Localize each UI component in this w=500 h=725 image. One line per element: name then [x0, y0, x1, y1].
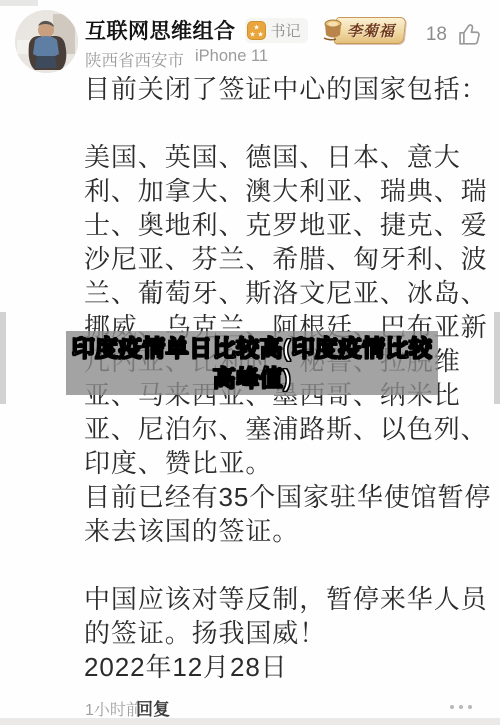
- meta-row: 陕西省西安市 iPhone 11: [85, 47, 268, 71]
- watermark-title: 印度疫情单日比较高(印度疫情比较 高峰值): [66, 333, 438, 393]
- thumbs-up-icon: [456, 21, 483, 48]
- more-options-button[interactable]: [450, 705, 472, 709]
- like-count: 18: [426, 24, 447, 46]
- like-button[interactable]: 18: [426, 21, 483, 48]
- timestamp: 1小时前: [85, 697, 142, 720]
- drum-icon: [322, 18, 344, 42]
- overlay-right-edge-strip: [494, 312, 500, 404]
- watermark-overlay-band: 印度疫情单日比较高(印度疫情比较 高峰值): [66, 331, 438, 395]
- reply-button[interactable]: 回复: [136, 695, 170, 720]
- comment-post: 互联网思维组合 ★ ★ ★ 书记 李菊福 陕西省西安市 iPhone 11: [0, 0, 500, 725]
- svg-text:★: ★: [253, 23, 259, 31]
- three-star-medal-icon: ★ ★ ★: [247, 21, 266, 40]
- rank-badge: ★ ★ ★ 书记: [245, 18, 308, 43]
- overlay-left-edge-strip: [0, 312, 6, 404]
- username[interactable]: 互联网思维组合: [85, 15, 236, 45]
- next-section-edge: [0, 718, 500, 725]
- flair-badge: 李菊福: [322, 17, 405, 44]
- svg-text:★: ★: [257, 30, 263, 38]
- avatar[interactable]: [15, 10, 78, 73]
- dot-icon: [450, 705, 454, 709]
- svg-text:★: ★: [249, 30, 255, 38]
- flair-banner: 李菊福: [333, 17, 406, 44]
- dot-icon: [468, 705, 472, 709]
- name-row: 互联网思维组合 ★ ★ ★ 书记 李菊福: [85, 17, 405, 43]
- dot-icon: [459, 705, 463, 709]
- rank-badge-label: 书记: [271, 20, 301, 41]
- flair-badge-label: 李菊福: [347, 20, 395, 41]
- device-text: iPhone 11: [195, 47, 268, 71]
- top-edge-remnant: [0, 0, 38, 6]
- location-text: 陕西省西安市: [85, 47, 184, 71]
- avatar-photo-man-in-chair: [15, 10, 78, 73]
